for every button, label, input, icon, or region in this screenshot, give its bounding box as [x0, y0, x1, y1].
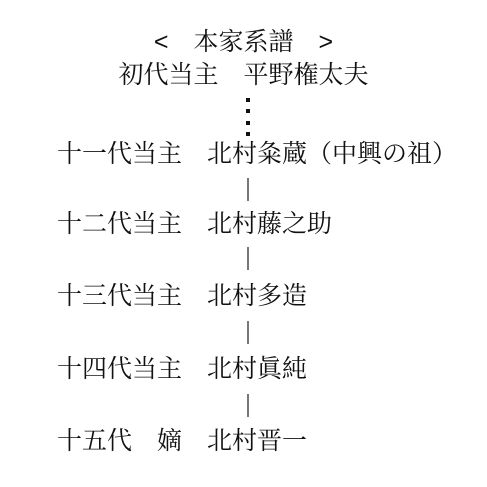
- ellipsis-dot: [246, 98, 250, 102]
- generation-entry-12: 十二代当主 北村藤之助: [57, 210, 332, 238]
- genealogy-diagram: < 本家系譜 > 初代当主 平野権太夫 十一代当主 北村粂蔵（中興の祖） 十二代…: [0, 0, 487, 487]
- generation-entry-13: 十三代当主 北村多造: [57, 282, 307, 310]
- ellipsis-dot: [246, 121, 250, 125]
- ellipsis-dot: [246, 109, 250, 113]
- root-generation-entry: 初代当主 平野権太夫: [0, 61, 487, 89]
- generation-entry-15: 十五代 嫡 北村晋一: [57, 427, 307, 455]
- lineage-connector-line: [247, 321, 249, 344]
- ellipsis-dot: [246, 132, 250, 136]
- page-title: < 本家系譜 >: [0, 28, 487, 56]
- generation-entry-11: 十一代当主 北村粂蔵（中興の祖）: [57, 140, 457, 168]
- lineage-connector-line: [247, 178, 249, 201]
- lineage-connector-line: [247, 247, 249, 270]
- generation-entry-14: 十四代当主 北村眞純: [57, 355, 307, 383]
- omitted-generations-ellipsis: [246, 98, 250, 136]
- lineage-connector-line: [247, 394, 249, 417]
